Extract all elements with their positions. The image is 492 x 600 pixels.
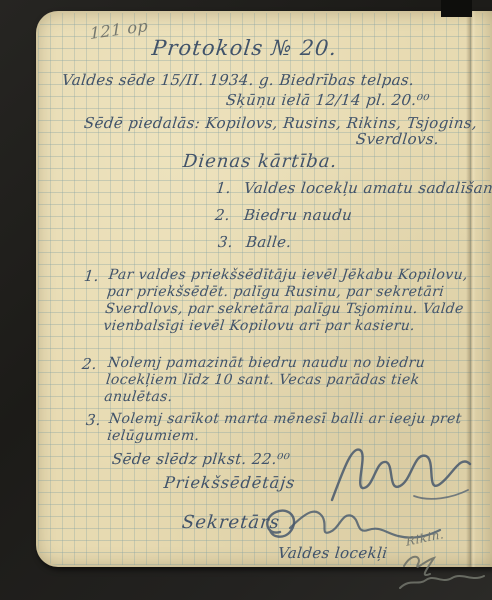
agenda-item-3-num: 3. — [217, 233, 234, 251]
resolution-2-num: 2. — [81, 355, 98, 373]
binding-tab — [441, 0, 472, 17]
members-signatures — [396, 548, 488, 596]
members-label: Valdes locekļi — [277, 544, 388, 562]
agenda-item-2-num: 2. — [214, 206, 231, 224]
meeting-line: Valdes sēde 15/II. 1934. g. Biedrības te… — [61, 71, 415, 89]
chairman-label: Priekšsēdētājs — [163, 473, 296, 492]
agenda-item-2-text: Biedru naudu — [243, 206, 353, 224]
agenda-item-1-num: 1. — [215, 179, 232, 197]
resolution-1-text: Par valdes priekšsēdītāju ievēl Jēkabu K… — [102, 267, 475, 335]
location-line: Sķūņu ielā 12/14 pl. 20.⁰⁰ — [225, 91, 430, 109]
resolution-3-num: 3. — [85, 411, 102, 429]
agenda-item-1-text: Valdes locekļu amatu sadalīšana — [243, 179, 492, 197]
agenda-item-3-text: Balle. — [245, 233, 293, 251]
photographed-notebook-page: 121 op Protokols № 20. Valdes sēde 15/II… — [0, 0, 492, 600]
agenda-heading: Dienas kārtība. — [182, 151, 339, 172]
resolution-2-text: Nolemj pamazināt biedru naudu no biedru … — [103, 355, 476, 406]
attendees-line-continued: Sverdlovs. — [355, 130, 440, 148]
closing-line: Sēde slēdz plkst. 22.⁰⁰ — [111, 450, 291, 468]
protocol-title: Protokols № 20. — [151, 36, 339, 60]
resolution-1-num: 1. — [83, 267, 100, 285]
